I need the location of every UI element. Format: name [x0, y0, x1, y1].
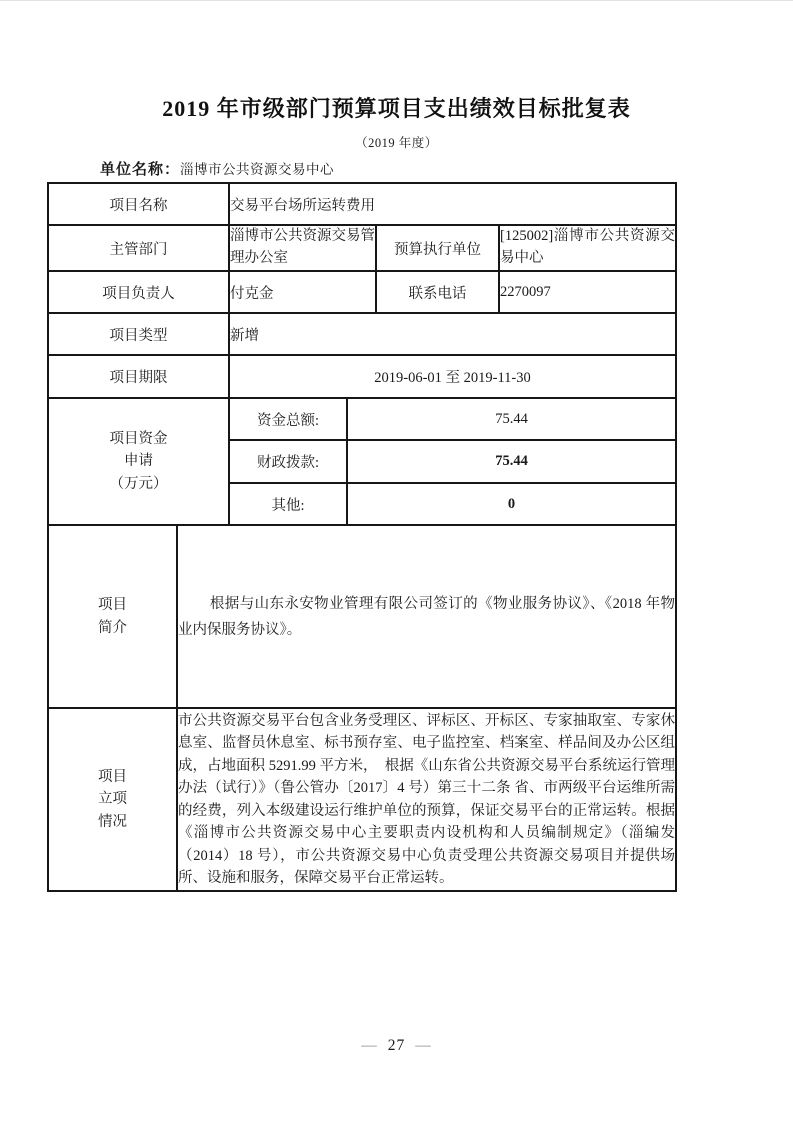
project-summary-text: 根据与山东永安物业管理有限公司签订的《物业服务协议》、《2018 年物业内保服务…: [178, 591, 675, 643]
project-initiation-label: 项目 立项 情况: [48, 708, 177, 891]
project-initiation-text: 市公共资源交易平台包含业务受理区、评标区、开标区、专家抽取室、专家休息室、监督员…: [177, 708, 676, 891]
row-project-name: 项目名称 交易平台场所运转费用: [48, 183, 676, 225]
project-leader-value: 付克金: [229, 271, 376, 313]
supervisor-dept-value: 淄博市公共资源交易管理办公室: [229, 225, 376, 271]
funding-total-label: 资金总额:: [229, 398, 347, 440]
budget-performance-table: 项目名称 交易平台场所运转费用 主管部门 淄博市公共资源交易管理办公室 预算执行…: [47, 182, 677, 892]
row-project-initiation: 项目 立项 情况 市公共资源交易平台包含业务受理区、评标区、开标区、专家抽取室、…: [48, 708, 676, 891]
page-number-right-dash: —: [405, 1037, 442, 1054]
project-type-label: 项目类型: [48, 313, 229, 355]
funding-fiscal-value: 75.44: [347, 440, 676, 483]
page-number-left-dash: —: [351, 1037, 388, 1054]
budget-exec-unit-value: [125002]淄博市公共资源交易中心: [499, 225, 676, 271]
unit-name-label: 单位名称：: [100, 162, 180, 178]
row-project-summary: 项目 简介 根据与山东永安物业管理有限公司签订的《物业服务协议》、《2018 年…: [48, 525, 676, 708]
row-project-type: 项目类型 新增: [48, 313, 676, 355]
unit-name-line: 单位名称：淄博市公共资源交易中心: [100, 158, 793, 179]
page-number: —27—: [0, 1037, 793, 1055]
row-project-period: 项目期限 2019-06-01 至 2019-11-30: [48, 355, 676, 398]
row-funding-total: 项目资金 申请 （万元） 资金总额: 75.44: [48, 398, 676, 440]
project-summary-cell: 根据与山东永安物业管理有限公司签订的《物业服务协议》、《2018 年物业内保服务…: [177, 525, 676, 708]
funding-other-value: 0: [347, 483, 676, 525]
page-number-value: 27: [388, 1037, 406, 1054]
contact-phone-label: 联系电话: [376, 271, 499, 313]
project-name-value: 交易平台场所运转费用: [229, 183, 676, 225]
funding-section-label: 项目资金 申请 （万元）: [48, 398, 229, 525]
unit-name-value: 淄博市公共资源交易中心: [180, 162, 334, 177]
project-name-label: 项目名称: [48, 183, 229, 225]
project-type-value: 新增: [229, 313, 676, 355]
row-project-leader: 项目负责人 付克金 联系电话 2270097: [48, 271, 676, 313]
page-title: 2019 年市级部门预算项目支出绩效目标批复表: [0, 92, 793, 123]
supervisor-dept-label: 主管部门: [48, 225, 229, 271]
project-leader-label: 项目负责人: [48, 271, 229, 313]
project-period-value: 2019-06-01 至 2019-11-30: [229, 355, 676, 398]
contact-phone-value: 2270097: [499, 271, 676, 313]
project-period-label: 项目期限: [48, 355, 229, 398]
document-page: 2019 年市级部门预算项目支出绩效目标批复表 （2019 年度） 单位名称：淄…: [0, 0, 793, 1123]
funding-other-label: 其他:: [229, 483, 347, 525]
row-supervisor-dept: 主管部门 淄博市公共资源交易管理办公室 预算执行单位 [125002]淄博市公共…: [48, 225, 676, 271]
page-subtitle: （2019 年度）: [0, 133, 793, 151]
funding-fiscal-label: 财政拨款:: [229, 440, 347, 483]
project-summary-label: 项目 简介: [48, 525, 177, 708]
budget-exec-unit-label: 预算执行单位: [376, 225, 499, 271]
funding-total-value: 75.44: [347, 398, 676, 440]
